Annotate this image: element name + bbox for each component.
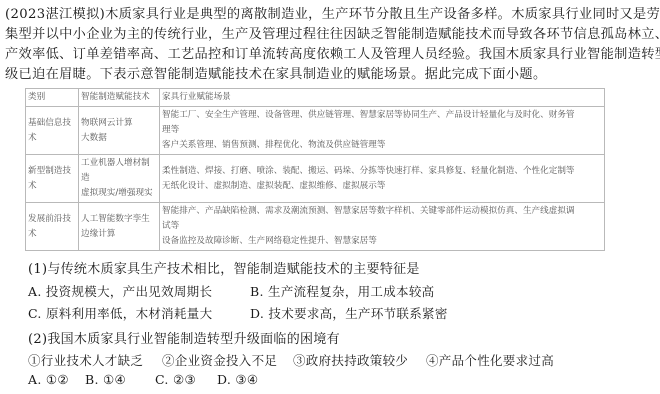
cell-text: 术 [28,227,76,242]
cell-text: 工业机器人增材制 [81,156,157,171]
cell-tech: 物联网云计算 大数据 [79,107,160,155]
q2-option-d[interactable]: D. ③④ [217,372,258,387]
cell-text: 无纸化设计、虚拟制造、虚拟装配、虚拟维修、虚拟展示等 [162,179,602,194]
cell-text: 理等 [162,123,602,138]
intro-line: (2023湛江模拟)木质家具行业是典型的离散制造业，生产环节分散且生产设备多样。… [5,5,657,25]
q1-option-a[interactable]: A. 投资规模大，产出见效周期长 [28,282,212,300]
cell-text: 设备监控及故障诊断、生产网络稳定性提升、智慧家居等 [162,234,602,249]
cell-text: 虚拟现实/增强现实 [81,186,157,201]
cell-text: 试等 [162,219,602,234]
table-row: 发展前沿技 术 人工智能数字孪生 边缘计算 智能排产、产品缺陷检测、需求及潮流预… [26,203,605,251]
cell-category: 新型制造技 术 [26,155,79,203]
question-2-stem: (2)我国木质家具行业智能制造转型升级面临的困境有 [28,328,340,347]
q2-option-c[interactable]: C. ②③ [155,372,196,387]
intro-line: 集型并以中小企业为主的传统行业，生产及管理过程往往因缺乏智能制造赋能技术而导致各… [5,25,657,45]
cell-tech: 人工智能数字孪生 边缘计算 [79,203,160,251]
q1-option-d[interactable]: D. 技术要求高，生产环节联系紧密 [250,304,448,322]
cell-text: 术 [28,179,76,194]
cell-text: 发展前沿技 [28,212,76,227]
header-tech: 智能制造赋能技术 [79,89,160,107]
header-scene: 家具行业赋能场景 [160,89,605,107]
q2-option-b[interactable]: B. ①④ [85,372,126,387]
header-category: 类别 [26,89,79,107]
q1-option-c[interactable]: C. 原料利用率低，木材消耗量大 [28,304,212,322]
cell-text: 新型制造技 [28,164,76,179]
cell-category: 发展前沿技 术 [26,203,79,251]
question-1-stem: (1)与传统木质家具生产技术相比，智能制造赋能技术的主要特征是 [28,258,420,277]
cell-text: 边缘计算 [81,227,157,242]
cell-text: 柔性制造、焊接、打磨、喷涂、装配、搬运、码垛、分拣等快速打样、家具修复、轻量化制… [162,164,602,179]
cell-tech: 工业机器人增材制 造 虚拟现实/增强现实 [79,155,160,203]
q2-statement-4: ④产品个性化要求过高 [426,351,554,369]
table-row: 基础信息技 术 物联网云计算 大数据 智能工厂、安全生产管理、设备管理、供应链管… [26,107,605,155]
cell-text: 造 [81,171,157,186]
cell-scene: 柔性制造、焊接、打磨、喷涂、装配、搬运、码垛、分拣等快速打样、家具修复、轻量化制… [160,155,605,203]
q2-statement-3: ③政府扶持政策较少 [293,351,408,369]
cell-text: 智能工厂、安全生产管理、设备管理、供应链管理、智慧家居等协同生产、产品设计轻量化… [162,108,602,123]
cell-scene: 智能排产、产品缺陷检测、需求及潮流预测、智慧家居等数字样机、关键零部件运动模拟仿… [160,203,605,251]
cell-text: 客户关系管理、销售预测、排程优化、物流及供应链管理等 [162,138,602,153]
empowerment-table: 类别 智能制造赋能技术 家具行业赋能场景 基础信息技 术 物联网云计算 大数据 … [25,88,605,251]
q1-option-b[interactable]: B. 生产流程复杂，用工成本较高 [250,282,434,300]
cell-scene: 智能工厂、安全生产管理、设备管理、供应链管理、智慧家居等协同生产、产品设计轻量化… [160,107,605,155]
cell-text: 物联网云计算 [81,116,157,131]
table-row: 新型制造技 术 工业机器人增材制 造 虚拟现实/增强现实 柔性制造、焊接、打磨、… [26,155,605,203]
cell-text: 大数据 [81,131,157,146]
intro-line: 级已迫在眉睫。下表示意智能制造赋能技术在家具制造业的赋能场景。据此完成下面小题。 [5,65,657,85]
q2-statement-2: ②企业资金投入不足 [162,351,277,369]
q2-option-a[interactable]: A. ①② [28,372,69,387]
q2-statement-1: ①行业技术人才缺乏 [28,351,143,369]
intro-line: 产效率低、订单差错率高、工艺品控和订单流转高度依赖工人及管理人员经验。我国木质家… [5,45,657,65]
cell-text: 智能排产、产品缺陷检测、需求及潮流预测、智慧家居等数字样机、关键零部件运动模拟仿… [162,204,602,219]
cell-text: 人工智能数字孪生 [81,212,157,227]
cell-category: 基础信息技 术 [26,107,79,155]
table-header-row: 类别 智能制造赋能技术 家具行业赋能场景 [26,89,605,107]
intro-paragraph: (2023湛江模拟)木质家具行业是典型的离散制造业，生产环节分散且生产设备多样。… [5,5,657,85]
cell-text: 术 [28,131,76,146]
cell-text: 基础信息技 [28,116,76,131]
